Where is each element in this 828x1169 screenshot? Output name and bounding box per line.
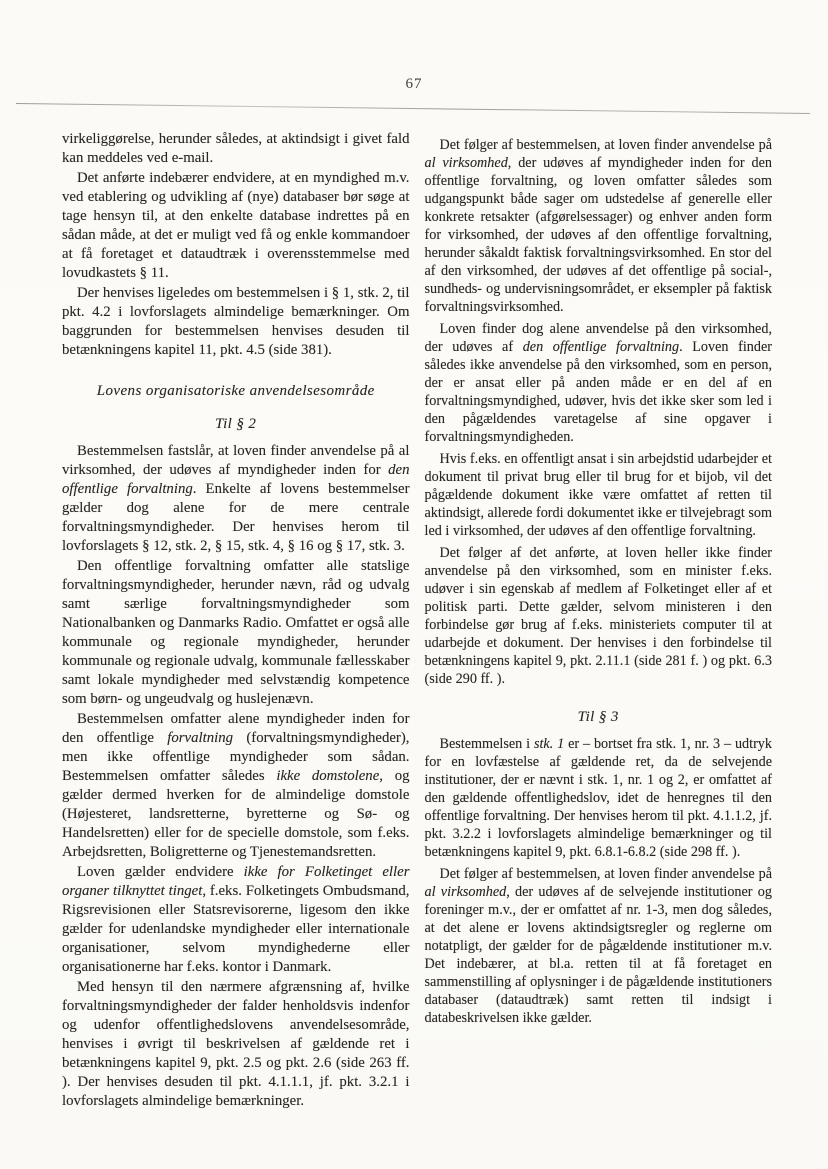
- paragraph: virkeliggørelse, herunder således, at ak…: [62, 130, 410, 168]
- paragraph: Der henvises ligeledes om bestemmelsen i…: [62, 284, 410, 360]
- paragraph: Bestemmelsen i stk. 1 er – bortset fra s…: [425, 735, 773, 861]
- paragraph: Med hensyn til den nærmere afgrænsning a…: [62, 978, 410, 1111]
- subsection-heading: Til § 2: [62, 415, 410, 434]
- section-heading: Lovens organisatoriske anvendelsesområde: [62, 382, 410, 401]
- paragraph: Loven gælder endvidere ikke for Folketin…: [62, 863, 410, 977]
- header-rule: [16, 103, 810, 114]
- text-columns: virkeliggørelse, herunder således, at ak…: [62, 130, 772, 1112]
- scanned-document-page: 67 virkeliggørelse, herunder således, at…: [0, 0, 828, 1169]
- paragraph: Det følger af det anførte, at loven hell…: [425, 544, 773, 688]
- paragraph: Bestemmelsen fastslår, at loven finder a…: [62, 442, 410, 556]
- paragraph: Det følger af bestemmelsen, at loven fin…: [425, 865, 773, 1027]
- paragraph: Det anførte indebærer endvidere, at en m…: [62, 169, 410, 283]
- paragraph: Det følger af bestemmelsen, at loven fin…: [425, 136, 773, 316]
- paragraph: Den offentlige forvaltning omfatter alle…: [62, 557, 410, 709]
- left-column: virkeliggørelse, herunder således, at ak…: [62, 130, 410, 1112]
- page-number: 67: [0, 76, 828, 93]
- right-column: Det følger af bestemmelsen, at loven fin…: [425, 130, 773, 1112]
- paragraph: Loven finder dog alene anvendelse på den…: [425, 320, 773, 446]
- paragraph: Hvis f.eks. en offentligt ansat i sin ar…: [425, 450, 773, 540]
- paragraph: Bestemmelsen omfatter alene myndigheder …: [62, 710, 410, 862]
- subsection-heading: Til § 3: [425, 708, 773, 726]
